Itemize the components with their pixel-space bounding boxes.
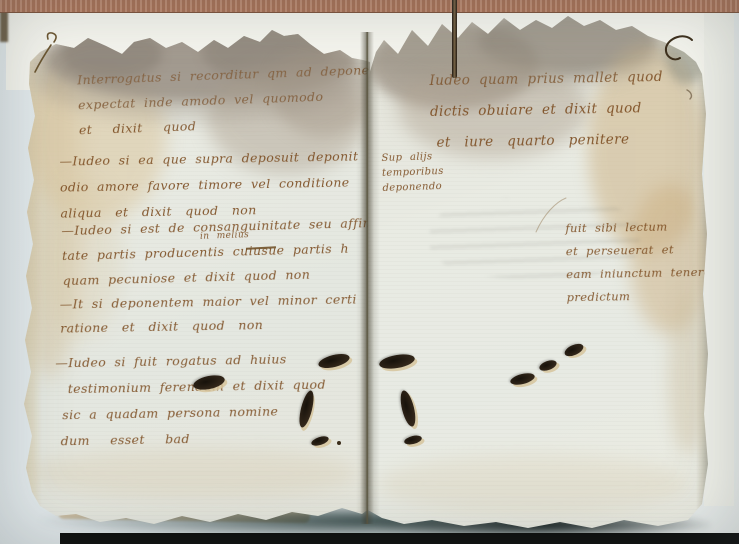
manuscript-line: odio amore favore timore vel conditione xyxy=(60,169,359,200)
interlinear-insertion: in melius xyxy=(200,230,249,242)
paragraph-interrogation-5: —Iudeo si fuit rogatus ad huius testimon… xyxy=(55,346,327,455)
bottom-dark-strip xyxy=(60,533,739,544)
manuscript-line: predictum xyxy=(566,284,711,310)
stain xyxy=(378,454,688,514)
ink-dot xyxy=(337,441,341,445)
worm-hole xyxy=(563,341,585,358)
mat-strip xyxy=(0,0,739,13)
manuscript-line: dum esset bad xyxy=(60,424,327,455)
manuscript-photograph: Interrogatus si recorditur qm ad deponer… xyxy=(0,0,739,544)
stain xyxy=(668,294,708,454)
manuscript-line: deponendo xyxy=(382,179,444,196)
manuscript-line: fuit sibi lectum xyxy=(565,215,710,241)
worm-hole xyxy=(398,389,419,428)
manuscript-line: et iure quarto penitere xyxy=(436,124,664,159)
backing-sheet-right xyxy=(704,10,734,506)
manuscript-line: ratione et dixit quod non xyxy=(60,311,357,340)
worm-hole xyxy=(378,352,416,371)
right-page: Iudeo quam prius mallet quod dictis obui… xyxy=(368,14,710,534)
closing-note: fuit sibi lectum et perseuerat et eam in… xyxy=(565,215,711,310)
paragraph-interrogation-4: —It si deponentem maior vel minor certi … xyxy=(60,287,358,340)
manuscript-line: eam iniunctum tenere xyxy=(566,261,711,287)
worm-hole xyxy=(403,434,422,446)
stain xyxy=(28,448,358,498)
book-gutter xyxy=(360,32,374,524)
left-page: Interrogatus si recorditur qm ad deponer… xyxy=(22,28,370,524)
paragraph-interrogation-3: —Iudeo si est de consanguinitate seu aff… xyxy=(61,210,377,293)
holding-rod xyxy=(452,0,457,78)
manuscript-line: et perseuerat et xyxy=(566,238,711,264)
worm-hole xyxy=(538,358,558,373)
worm-hole xyxy=(509,371,536,387)
manuscript-line: dictis obuiare et dixit quod xyxy=(430,93,664,128)
margin-note: Sup alijs temporibus deponendo xyxy=(381,149,444,196)
